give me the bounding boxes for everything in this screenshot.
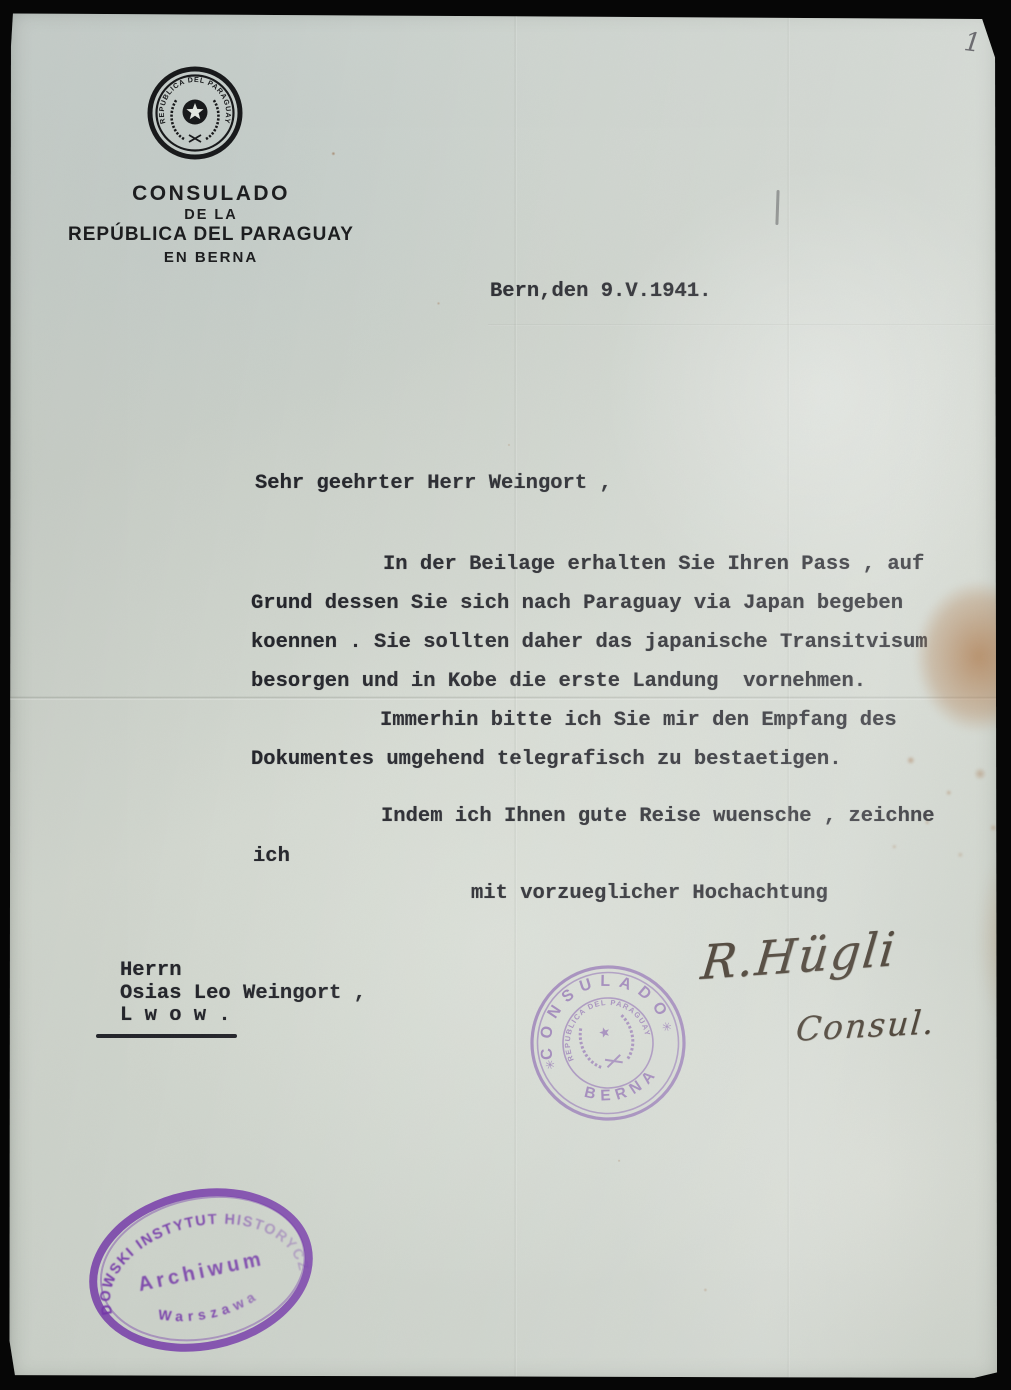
recipient-line3: L w o w .	[120, 1004, 231, 1027]
recipient-underline	[96, 1034, 237, 1038]
scanned-letter-photo: REPUBLICA DEL PARAGUAY CONSULADO DE LA R…	[0, 0, 1011, 1390]
closing-line: mit vorzueglicher Hochachtung	[471, 882, 828, 905]
archive-ink-stamp: ŻYDOWSKI INSTYTUT HISTORYCZNY Archiwum W…	[66, 1176, 336, 1364]
stamp-arc-bottom: BERNA	[578, 1061, 667, 1114]
consul-signature: R.Hügli	[698, 922, 899, 991]
paraguay-seal-icon: REPUBLICA DEL PARAGUAY	[144, 63, 246, 163]
letterhead-line3: REPÚBLICA DEL PARAGUAY	[28, 224, 394, 246]
letterhead-line2: DE LA	[28, 207, 394, 223]
letter-paper: REPUBLICA DEL PARAGUAY CONSULADO DE LA R…	[8, 8, 1000, 1382]
stamp-star-icon	[598, 1026, 611, 1038]
para1-line1: In der Beilage erhalten Sie Ihren Pass ,…	[383, 553, 924, 576]
recipient-line2: Osias Leo Weingort ,	[120, 982, 366, 1005]
recipient-line1: Herrn	[120, 959, 182, 982]
para1-line4: besorgen und in Kobe die erste Landung v…	[251, 670, 866, 693]
stamp-asterisk-left-icon: ✳	[543, 1057, 557, 1073]
faint-horizontal-crease	[488, 324, 994, 326]
para1-line3: koennen . Sie sollten daher das japanisc…	[251, 631, 928, 654]
vertical-fold-crease-right	[787, 8, 790, 1382]
horizontal-fold-crease	[8, 696, 1000, 700]
consulate-ink-stamp: CONSULADO BERNA REPUBLICA DEL PARAGUAY ✳…	[521, 958, 696, 1130]
svg-text:Warszawa: Warszawa	[154, 1285, 264, 1332]
brown-stain-edge	[960, 848, 1011, 1078]
para2-line1: Immerhin bitte ich Sie mir den Empfang d…	[380, 709, 897, 732]
letterhead-line1: CONSULADO	[28, 182, 394, 206]
fold-shadow-mark	[775, 190, 779, 225]
para1-line2: Grund dessen Sie sich nach Paraguay via …	[251, 592, 903, 615]
archive-center-word: Archiwum	[136, 1248, 266, 1296]
vertical-fold-crease-left	[514, 8, 517, 1382]
handwritten-page-number: 1	[962, 27, 982, 59]
salutation: Sehr geehrter Herr Weingort ,	[255, 472, 612, 495]
consul-signature-title: Consul.	[794, 1002, 937, 1049]
para2-line2: Dokumentes umgehend telegrafisch zu best…	[251, 748, 842, 771]
svg-text:BERNA: BERNA	[578, 1061, 667, 1114]
stamp-asterisk-right-icon: ✳	[660, 1019, 674, 1035]
para3-line1: Indem ich Ihnen gute Reise wuensche , ze…	[381, 805, 935, 828]
letterhead-line4: EN BERNA	[28, 249, 394, 266]
archive-arc-bottom: Warszawa	[154, 1285, 264, 1332]
para3-line2: ich	[253, 845, 290, 868]
dateline: Bern,den 9.V.1941.	[490, 280, 711, 303]
